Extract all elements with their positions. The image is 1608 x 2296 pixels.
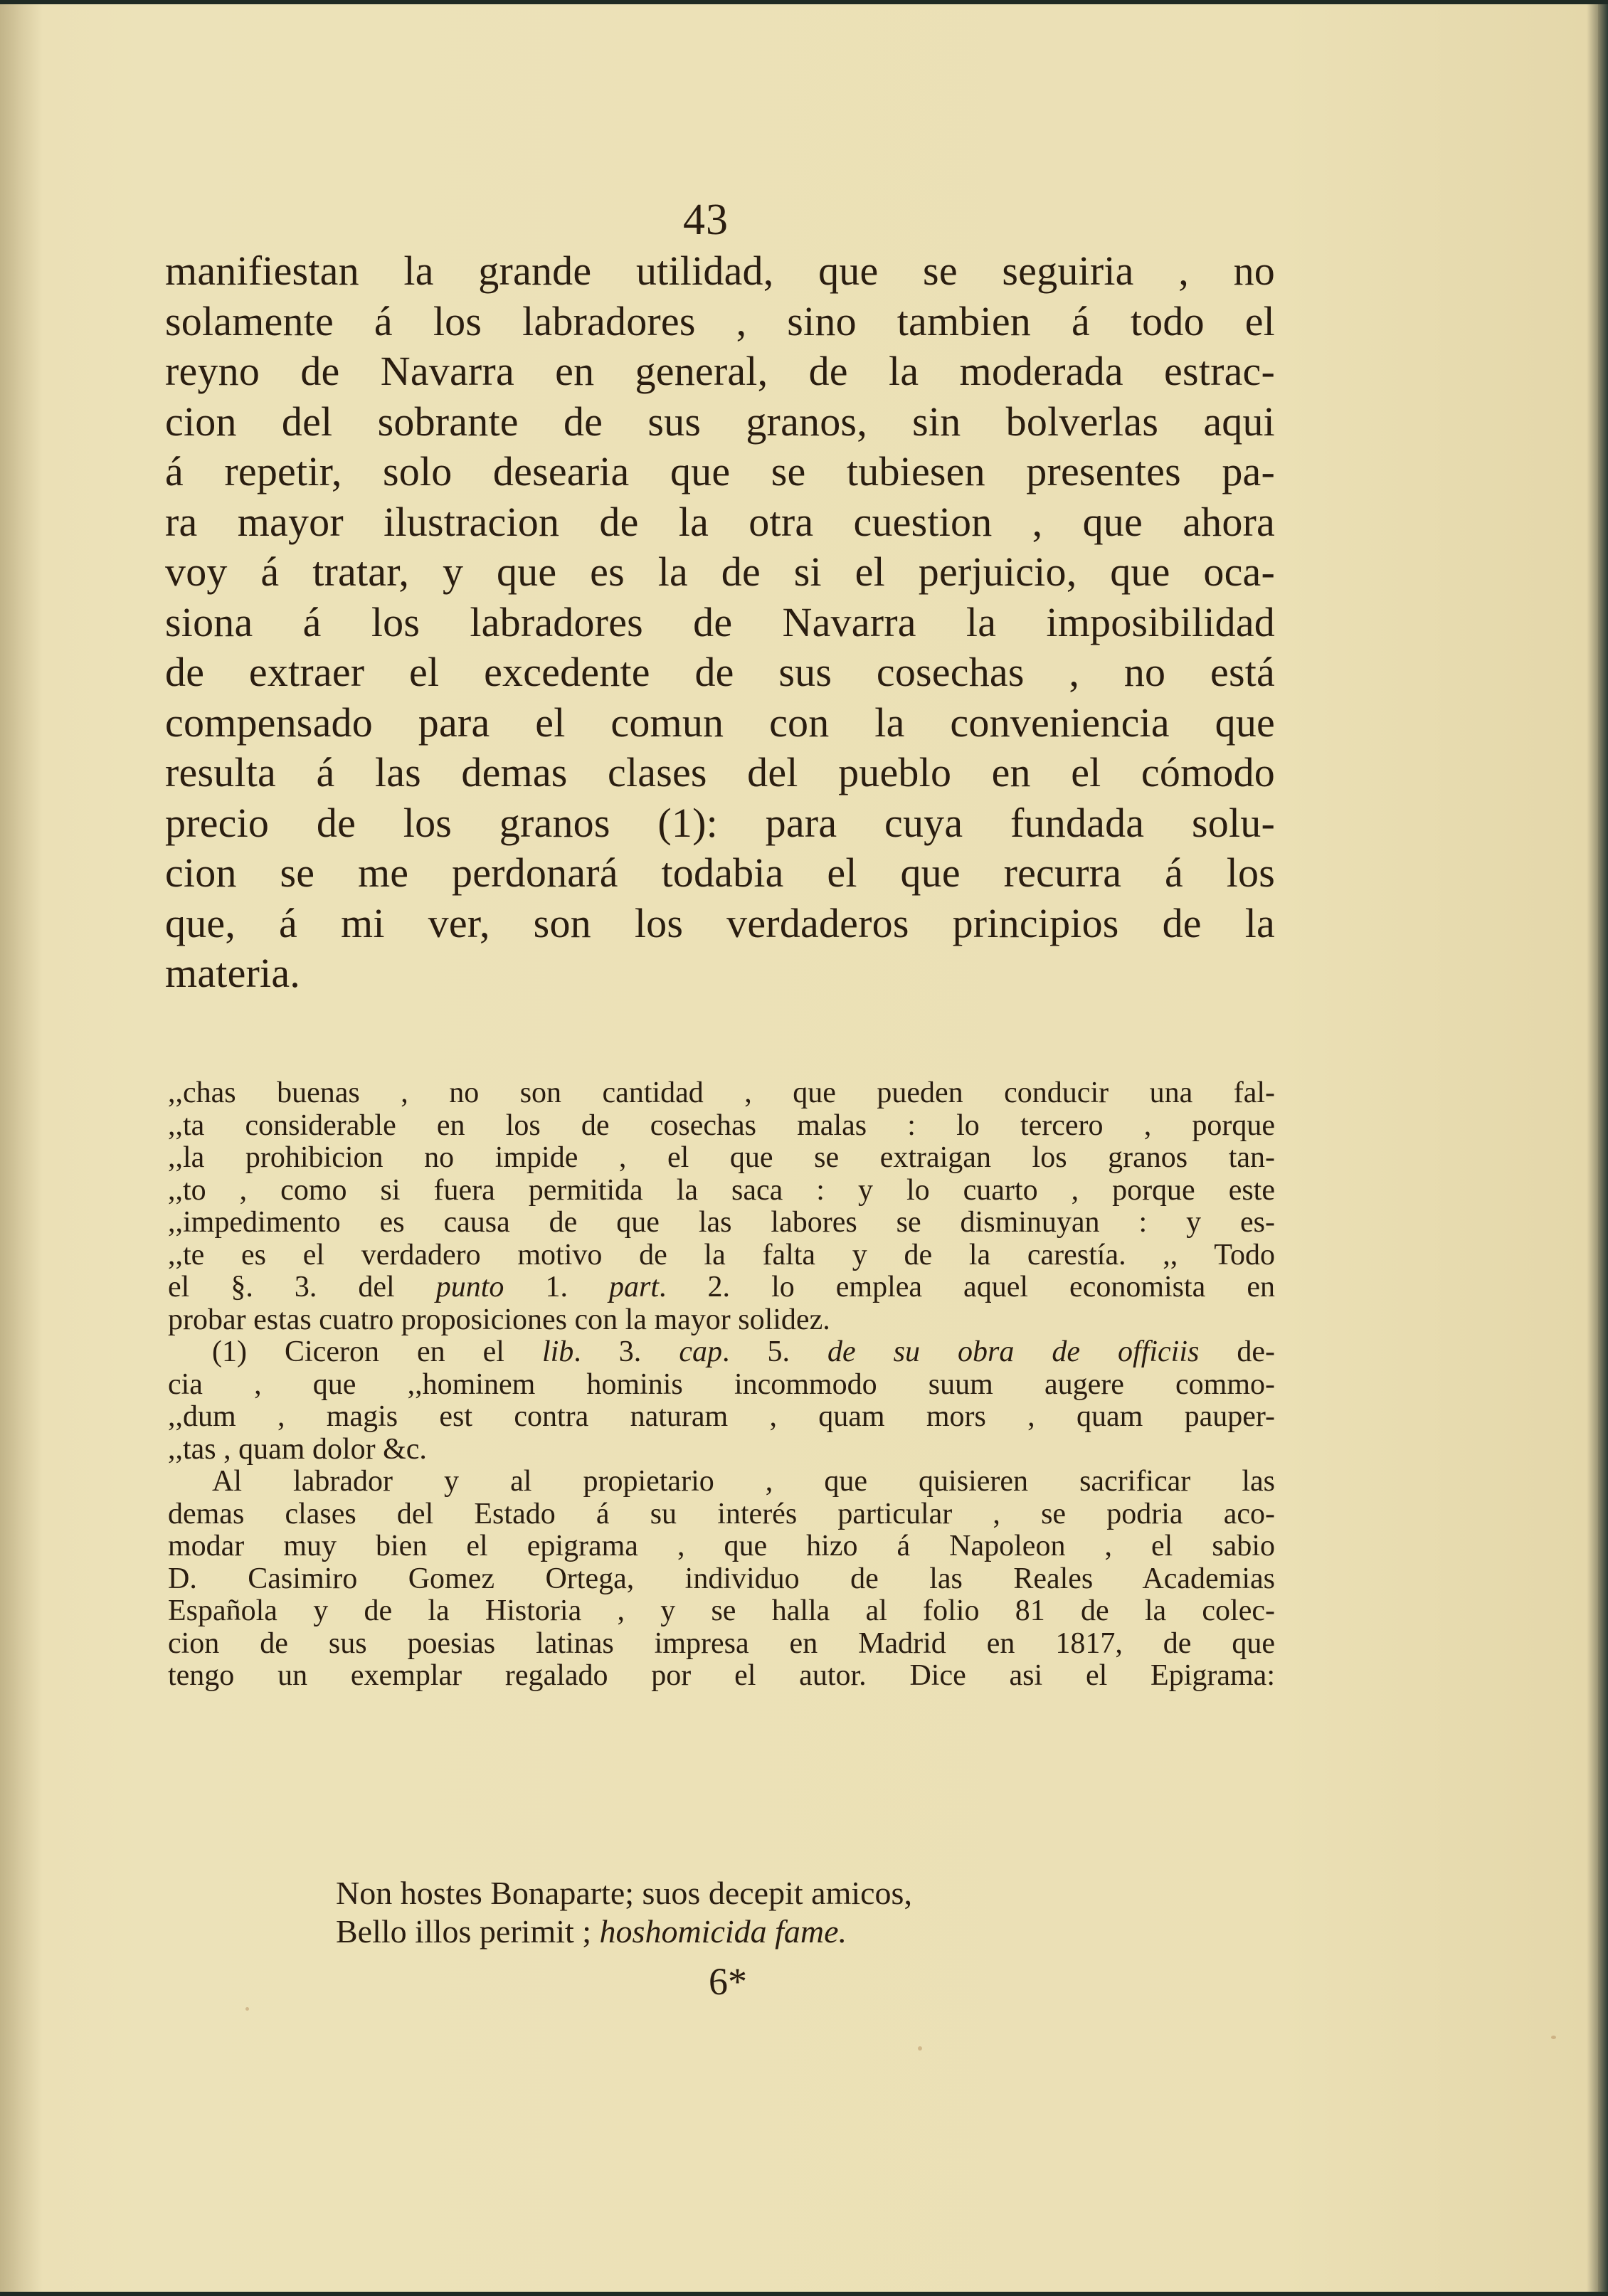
paragraph-line: Al labrador y al propietario , que quisi…	[168, 1466, 1275, 1498]
note-text: . 5.	[722, 1335, 827, 1368]
footnotes: ,,chas buenas , no son cantidad , que pu…	[168, 1077, 1275, 1693]
note-italic-cap: cap	[679, 1335, 722, 1368]
body-line-footnote-ref: precio de los granos (1): para cuya fund…	[165, 798, 1275, 849]
footnote-1-line: ,,dum , magis est contra naturam , quam …	[168, 1401, 1275, 1434]
body-line: compensado para el comun con la convenie…	[165, 698, 1275, 748]
section-reference-line: el §. 3. del punto 1. part. 2. lo emplea…	[168, 1271, 1275, 1304]
body-line: de extraer el excedente de sus cosechas …	[165, 647, 1275, 698]
note-text: de-	[1199, 1335, 1275, 1368]
ref-text: el §. 3. del	[168, 1271, 436, 1303]
body-line: resulta á las demas clases del pueblo en…	[165, 748, 1275, 798]
book-page: 43 manifiestan la grande utilidad, que s…	[0, 4, 1599, 2292]
page-edge	[1598, 4, 1608, 2292]
paragraph-line: cion de sus poesias latinas impresa en M…	[168, 1628, 1275, 1661]
epigram-line-2: Bello illos perimit ; hoshomicida fame.	[336, 1913, 1190, 1951]
quote-line: ,,ta considerable en los de cosechas mal…	[168, 1110, 1275, 1143]
quote-line: ,,la prohibicion no impide , el que se e…	[168, 1142, 1275, 1175]
note-italic-work-title: de su obra de officiis	[827, 1335, 1199, 1368]
ref-text: 1.	[504, 1271, 609, 1303]
quote-line: ,,impedimento es causa de que las labore…	[168, 1207, 1275, 1239]
body-line: ra mayor ilustracion de la otra cuestion…	[165, 497, 1275, 548]
paper-speck	[1551, 2036, 1556, 2039]
ref-text: . 2. lo emplea aquel economista en	[659, 1271, 1275, 1303]
epigram: Non hostes Bonaparte; suos decepit amico…	[336, 1874, 1190, 1951]
body-line: reyno de Navarra en general, de la moder…	[165, 346, 1275, 397]
quote-closing-line: probar estas cuatro proposiciones con la…	[168, 1304, 1275, 1337]
main-body-text: manifiestan la grande utilidad, que se s…	[165, 246, 1275, 999]
note-text: . 3.	[573, 1335, 679, 1368]
epigram-text: Bello illos perimit ;	[336, 1913, 600, 1950]
body-line: materia.	[165, 948, 1275, 999]
paragraph-line: Española y de la Historia , y se halla a…	[168, 1595, 1275, 1628]
quote-line: ,,chas buenas , no son cantidad , que pu…	[168, 1077, 1275, 1110]
body-line: á repetir, solo desearia que se tubiesen…	[165, 447, 1275, 497]
gutter-shadow	[0, 4, 43, 2292]
note-text: Ciceron en el	[247, 1335, 542, 1368]
ref-italic-punto: punto	[436, 1271, 504, 1303]
body-line: voy á tratar, y que es la de si el perju…	[165, 547, 1275, 598]
epigram-italic-text: hoshomicida fame.	[600, 1913, 847, 1950]
body-line: solamente á los labradores , sino tambie…	[165, 297, 1275, 347]
note-italic-lib: lib	[542, 1335, 573, 1368]
footnote-1-first-line: (1) Ciceron en el lib. 3. cap. 5. de su …	[168, 1336, 1275, 1369]
paragraph-line: modar muy bien el epigrama , que hizo á …	[168, 1530, 1275, 1563]
body-line: que, á mi ver, son los verdaderos princi…	[165, 899, 1275, 949]
paper-speck	[245, 2007, 249, 2011]
page-number: 43	[683, 198, 729, 242]
signature-mark: 6*	[709, 1962, 747, 2001]
paragraph-line: demas clases del Estado á su interés par…	[168, 1498, 1275, 1531]
body-line: cion se me perdonará todabia el que recu…	[165, 848, 1275, 899]
epigram-line-1: Non hostes Bonaparte; suos decepit amico…	[336, 1874, 1190, 1913]
body-line: manifiestan la grande utilidad, que se s…	[165, 246, 1275, 297]
quote-line: ,,to , como si fuera permitida la saca :…	[168, 1175, 1275, 1207]
body-line: siona á los labradores de Navarra la imp…	[165, 598, 1275, 648]
footnote-marker: (1)	[212, 1335, 247, 1368]
paragraph-line: tengo un exemplar regalado por el autor.…	[168, 1660, 1275, 1693]
footnote-1-line: ,,tas , quam dolor &c.	[168, 1434, 1275, 1466]
paragraph-line: D. Casimiro Gomez Ortega, individuo de l…	[168, 1563, 1275, 1596]
footnote-1-line: cia , que ,,hominem hominis incommodo su…	[168, 1369, 1275, 1402]
quote-line: ,,te es el verdadero motivo de la falta …	[168, 1239, 1275, 1272]
paper-speck	[918, 2046, 922, 2051]
body-line: cion del sobrante de sus granos, sin bol…	[165, 397, 1275, 448]
ref-italic-part: part	[609, 1271, 659, 1303]
